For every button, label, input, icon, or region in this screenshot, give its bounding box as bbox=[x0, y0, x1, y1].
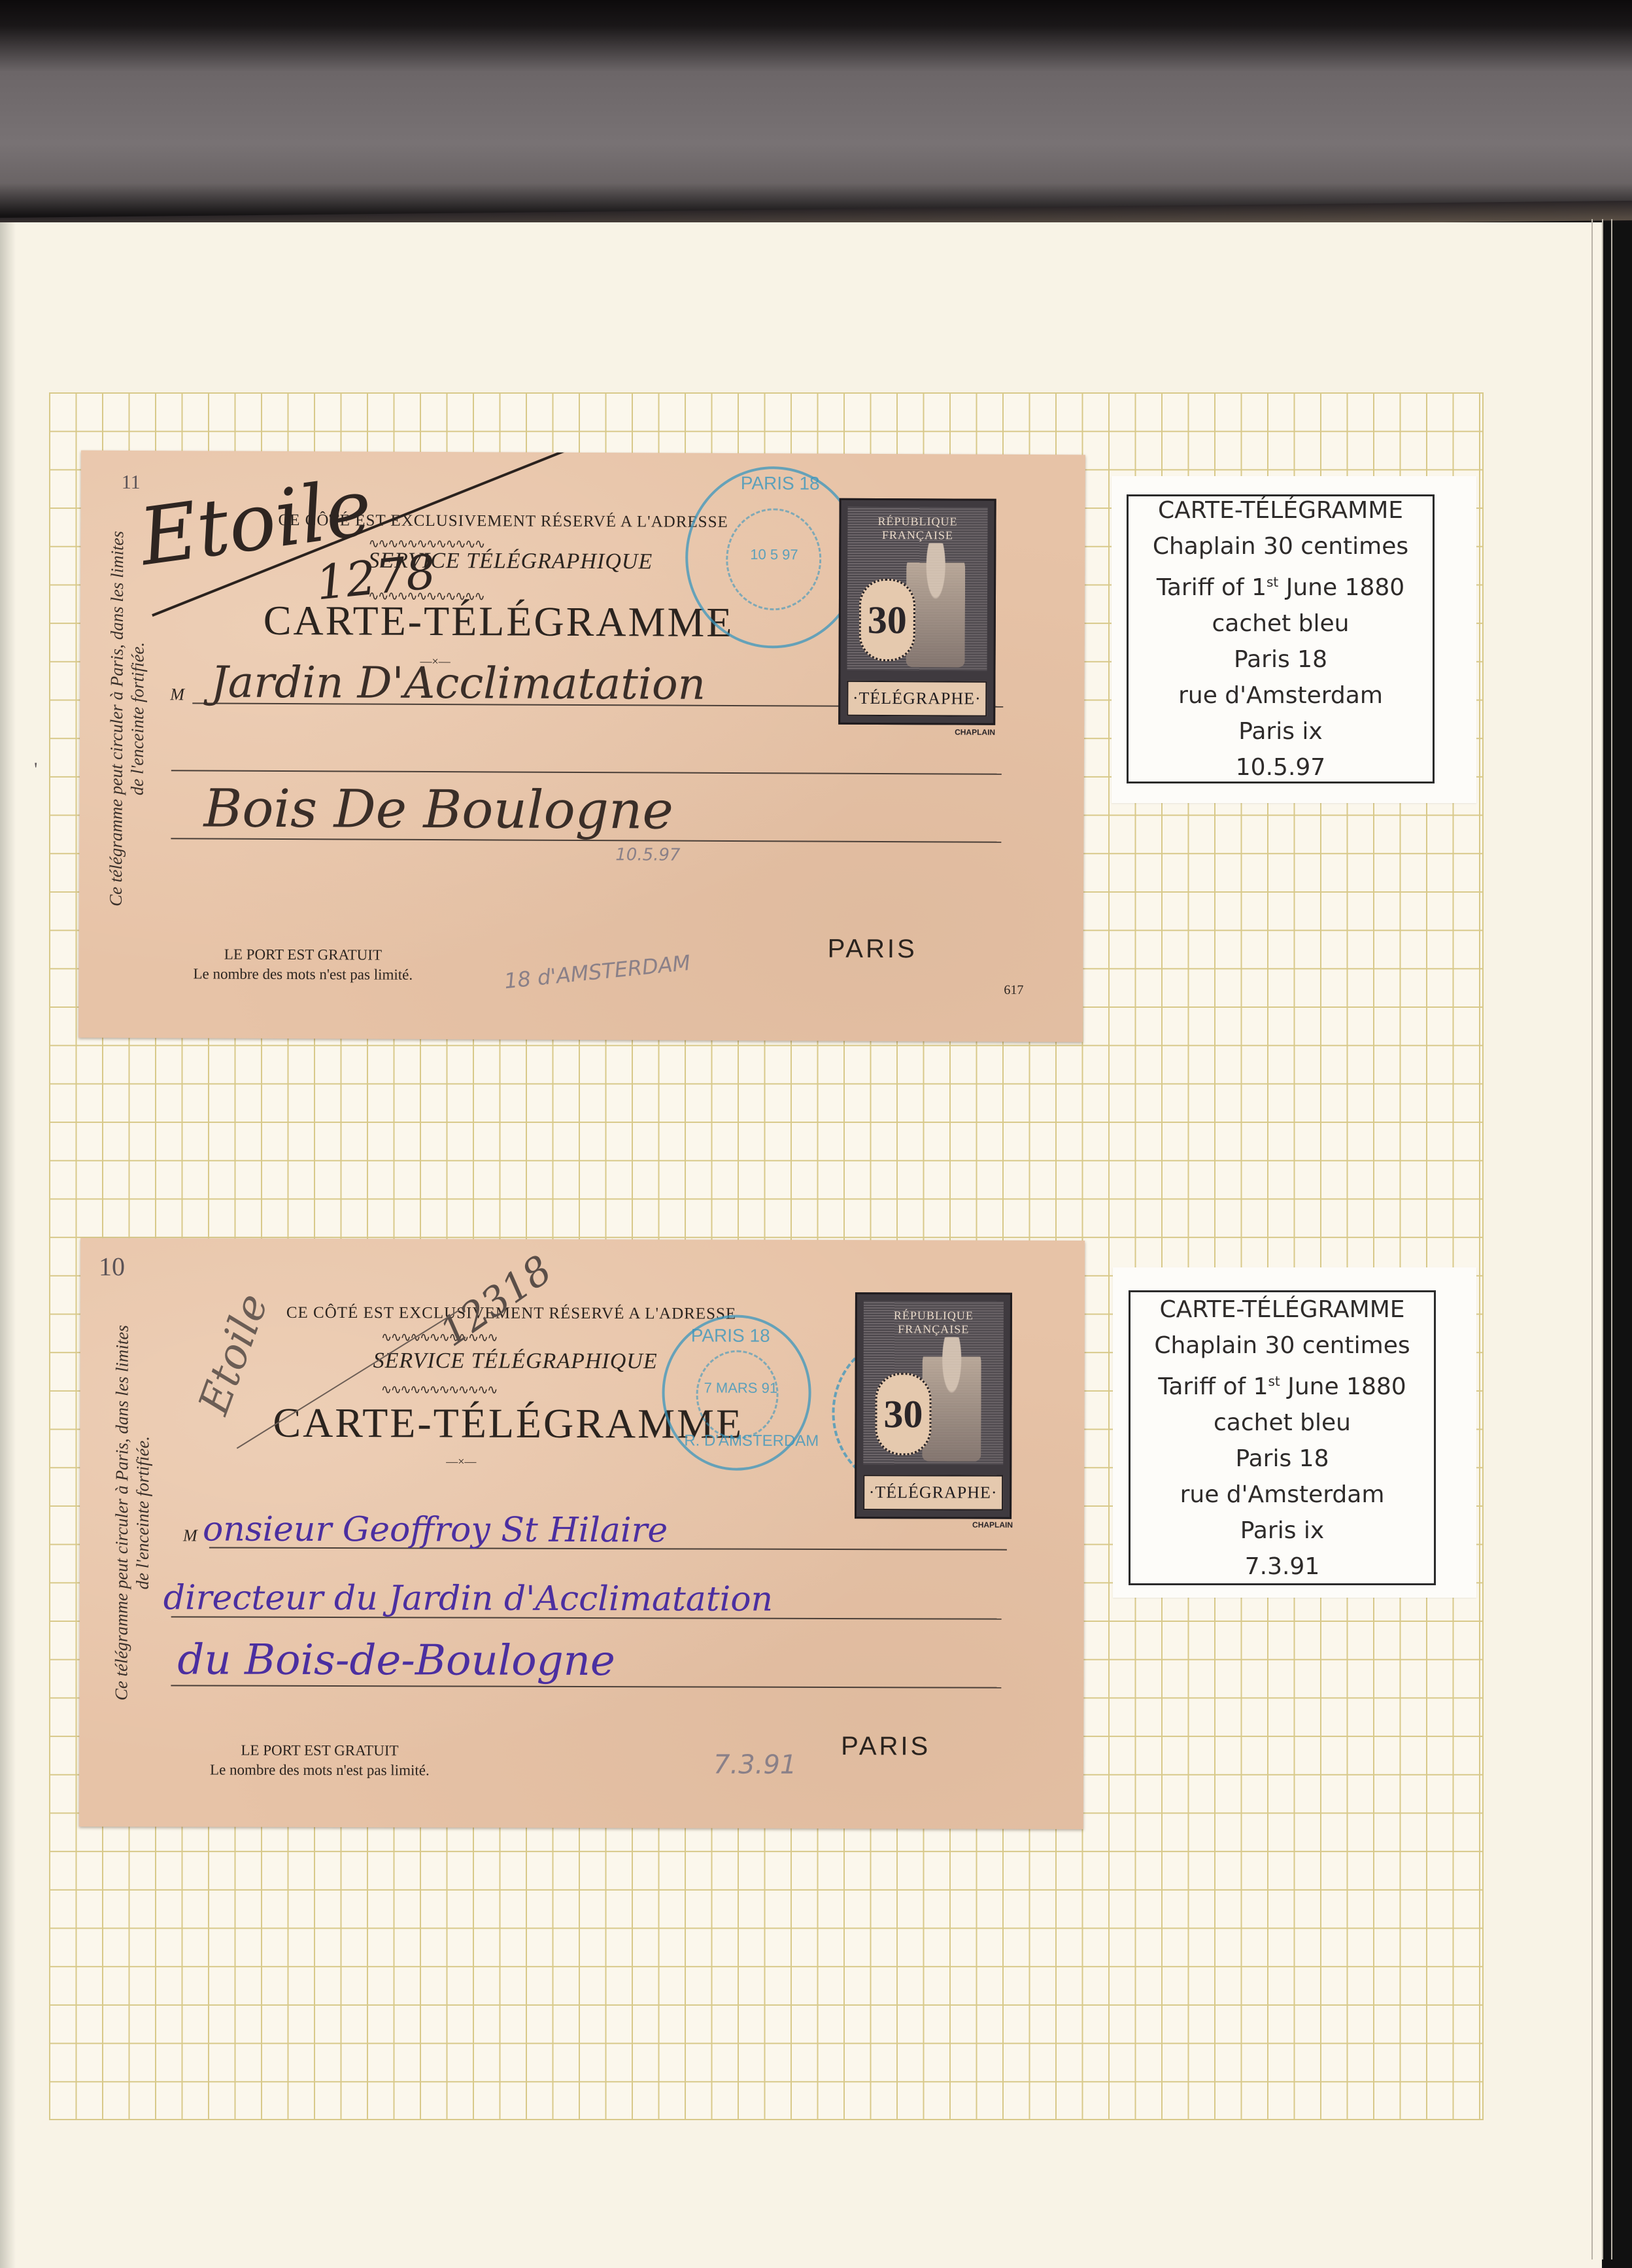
handwritten-address-line-1: onsieur Geoffroy St Hilaire bbox=[203, 1509, 668, 1550]
handwritten-address-line-2: Bois De Boulogne bbox=[203, 778, 673, 840]
label-cachet: cachet bleu bbox=[1214, 1405, 1351, 1441]
address-line bbox=[171, 770, 1002, 775]
blue-cachet-postmark: PARIS 18 7 MARS 91 R. D'AMSTERDAM bbox=[662, 1314, 811, 1471]
description-label-2: CARTE-TÉLÉGRAMME Chaplain 30 centimes Ta… bbox=[1113, 1267, 1476, 1598]
port-line: LE PORT EST GRATUIT bbox=[210, 1741, 430, 1761]
postmark-text: PARIS 18 bbox=[741, 473, 820, 494]
tariff-ordinal: st bbox=[1268, 1373, 1280, 1389]
label-cachet: cachet bleu bbox=[1212, 606, 1350, 642]
port-line: LE PORT EST GRATUIT bbox=[194, 944, 413, 965]
page-stack-edge bbox=[1601, 219, 1612, 2259]
tariff-suffix: June 1880 bbox=[1280, 1373, 1406, 1400]
tariff-ordinal: st bbox=[1266, 574, 1278, 590]
tariff-prefix: Tariff of 1 bbox=[1157, 574, 1266, 601]
pencil-note-date: 10.5.97 bbox=[615, 845, 680, 865]
stamp-legend: RÉPUBLIQUE FRANÇAISE bbox=[864, 1309, 1004, 1337]
stamp-value: 30 bbox=[875, 1373, 931, 1455]
label-office: Paris 18 bbox=[1234, 642, 1327, 678]
page-gutter-shadow bbox=[0, 222, 16, 2268]
pencil-note-office: 18 d'AMSTERDAM bbox=[503, 950, 691, 993]
blue-cachet-postmark: PARIS 18 10 5 97 bbox=[685, 466, 861, 649]
handwritten-address-line-2: directeur du Jardin d'Acclimatation bbox=[163, 1578, 773, 1619]
free-postage-notice: LE PORT EST GRATUIT Le nombre des mots n… bbox=[193, 944, 413, 984]
label-arrondissement: Paris ix bbox=[1240, 1513, 1324, 1549]
ornament-cross: —×— bbox=[446, 1454, 476, 1468]
side-notice-line: Ce télégramme peut circuler à Paris, dan… bbox=[105, 451, 128, 987]
ornament: ∿∿∿∿∿∿∿∿∿∿∿∿ bbox=[381, 1381, 497, 1398]
m-prefix: M bbox=[183, 1526, 197, 1545]
stamp-engraving: RÉPUBLIQUE FRANÇAISE 30 bbox=[847, 507, 988, 671]
label-tariff: Tariff of 1st June 1880 bbox=[1158, 1364, 1406, 1405]
handwritten-address-line-3: du Bois-de-Boulogne bbox=[177, 1636, 615, 1685]
label-title: CARTE-TÉLÉGRAMME bbox=[1158, 492, 1403, 528]
destination-city: PARIS bbox=[841, 1732, 930, 1761]
side-notice-line: de l'enceinte fortifiée. bbox=[131, 1245, 154, 1781]
m-prefix: M bbox=[170, 685, 184, 704]
handwritten-office: Etoile bbox=[190, 1288, 278, 1421]
carte-telegramme-card-2: Ce télégramme peut circuler à Paris, dan… bbox=[79, 1238, 1085, 1829]
label-street: rue d'Amsterdam bbox=[1180, 1477, 1385, 1513]
stamp-telegraphe-label: ·TÉLÉGRAPHE· bbox=[863, 1475, 1003, 1511]
description-label-1: CARTE-TÉLÉGRAMME Chaplain 30 centimes Ta… bbox=[1112, 476, 1476, 803]
form-number: 617 bbox=[1004, 983, 1023, 998]
scanner-background bbox=[0, 0, 1632, 222]
corner-mark: 10 bbox=[99, 1251, 125, 1282]
stamp-legend: RÉPUBLIQUE FRANÇAISE bbox=[847, 515, 987, 543]
page-margin-mark: ' bbox=[34, 759, 37, 781]
stamp-telegraphe-label: ·TÉLÉGRAPHE· bbox=[847, 681, 987, 717]
corner-mark: 11 bbox=[122, 472, 141, 494]
stamp-designer: CHAPLAIN bbox=[955, 727, 995, 736]
service-heading: SERVICE TÉLÉGRAPHIQUE bbox=[373, 1349, 658, 1374]
label-frame: CARTE-TÉLÉGRAMME Chaplain 30 centimes Ta… bbox=[1129, 1290, 1436, 1585]
address-line bbox=[171, 1685, 1001, 1688]
tariff-prefix: Tariff of 1 bbox=[1158, 1373, 1268, 1400]
postmark-street: R. D'AMSTERDAM bbox=[684, 1432, 819, 1451]
free-postage-notice: LE PORT EST GRATUIT Le nombre des mots n… bbox=[210, 1741, 430, 1781]
handwritten-address-line-1: Jardin D'Acclimatation bbox=[211, 657, 705, 710]
label-frame: CARTE-TÉLÉGRAMME Chaplain 30 centimes Ta… bbox=[1127, 494, 1435, 783]
stamp-value: 30 bbox=[859, 579, 916, 661]
pencil-note-date: 7.3.91 bbox=[713, 1750, 796, 1780]
label-arrondissement: Paris ix bbox=[1238, 713, 1322, 749]
side-notice-line: Ce télégramme peut circuler à Paris, dan… bbox=[110, 1245, 133, 1781]
postmark-date: 7 MARS 91 bbox=[704, 1379, 778, 1396]
label-title: CARTE-TÉLÉGRAMME bbox=[1159, 1292, 1404, 1328]
label-stamp-type: Chaplain 30 centimes bbox=[1153, 528, 1408, 564]
label-stamp-type: Chaplain 30 centimes bbox=[1154, 1328, 1410, 1364]
destination-city: PARIS bbox=[828, 935, 917, 965]
words-line: Le nombre des mots n'est pas limité. bbox=[193, 964, 413, 984]
chaplain-30c-indicium: RÉPUBLIQUE FRANÇAISE 30 ·TÉLÉGRAPHE· bbox=[838, 498, 996, 725]
stamp-engraving: RÉPUBLIQUE FRANÇAISE 30 bbox=[863, 1301, 1004, 1465]
words-line: Le nombre des mots n'est pas limité. bbox=[210, 1761, 430, 1781]
label-street: rue d'Amsterdam bbox=[1178, 678, 1383, 713]
stamp-designer: CHAPLAIN bbox=[972, 1521, 1013, 1530]
tariff-suffix: June 1880 bbox=[1278, 574, 1404, 601]
side-notice: Ce télégramme peut circuler à Paris, dan… bbox=[110, 1245, 154, 1781]
postmark-date: 10 5 97 bbox=[750, 546, 798, 563]
chaplain-30c-indicium: RÉPUBLIQUE FRANÇAISE 30 ·TÉLÉGRAPHE· bbox=[855, 1292, 1012, 1519]
label-date: 10.5.97 bbox=[1236, 749, 1325, 785]
label-date: 7.3.91 bbox=[1245, 1549, 1320, 1585]
carte-telegramme-card-1: Ce télégramme peut circuler à Paris, dan… bbox=[78, 451, 1085, 1042]
label-tariff: Tariff of 1st June 1880 bbox=[1157, 564, 1404, 606]
label-office: Paris 18 bbox=[1236, 1441, 1329, 1477]
postmark-text: PARIS 18 bbox=[691, 1325, 770, 1346]
